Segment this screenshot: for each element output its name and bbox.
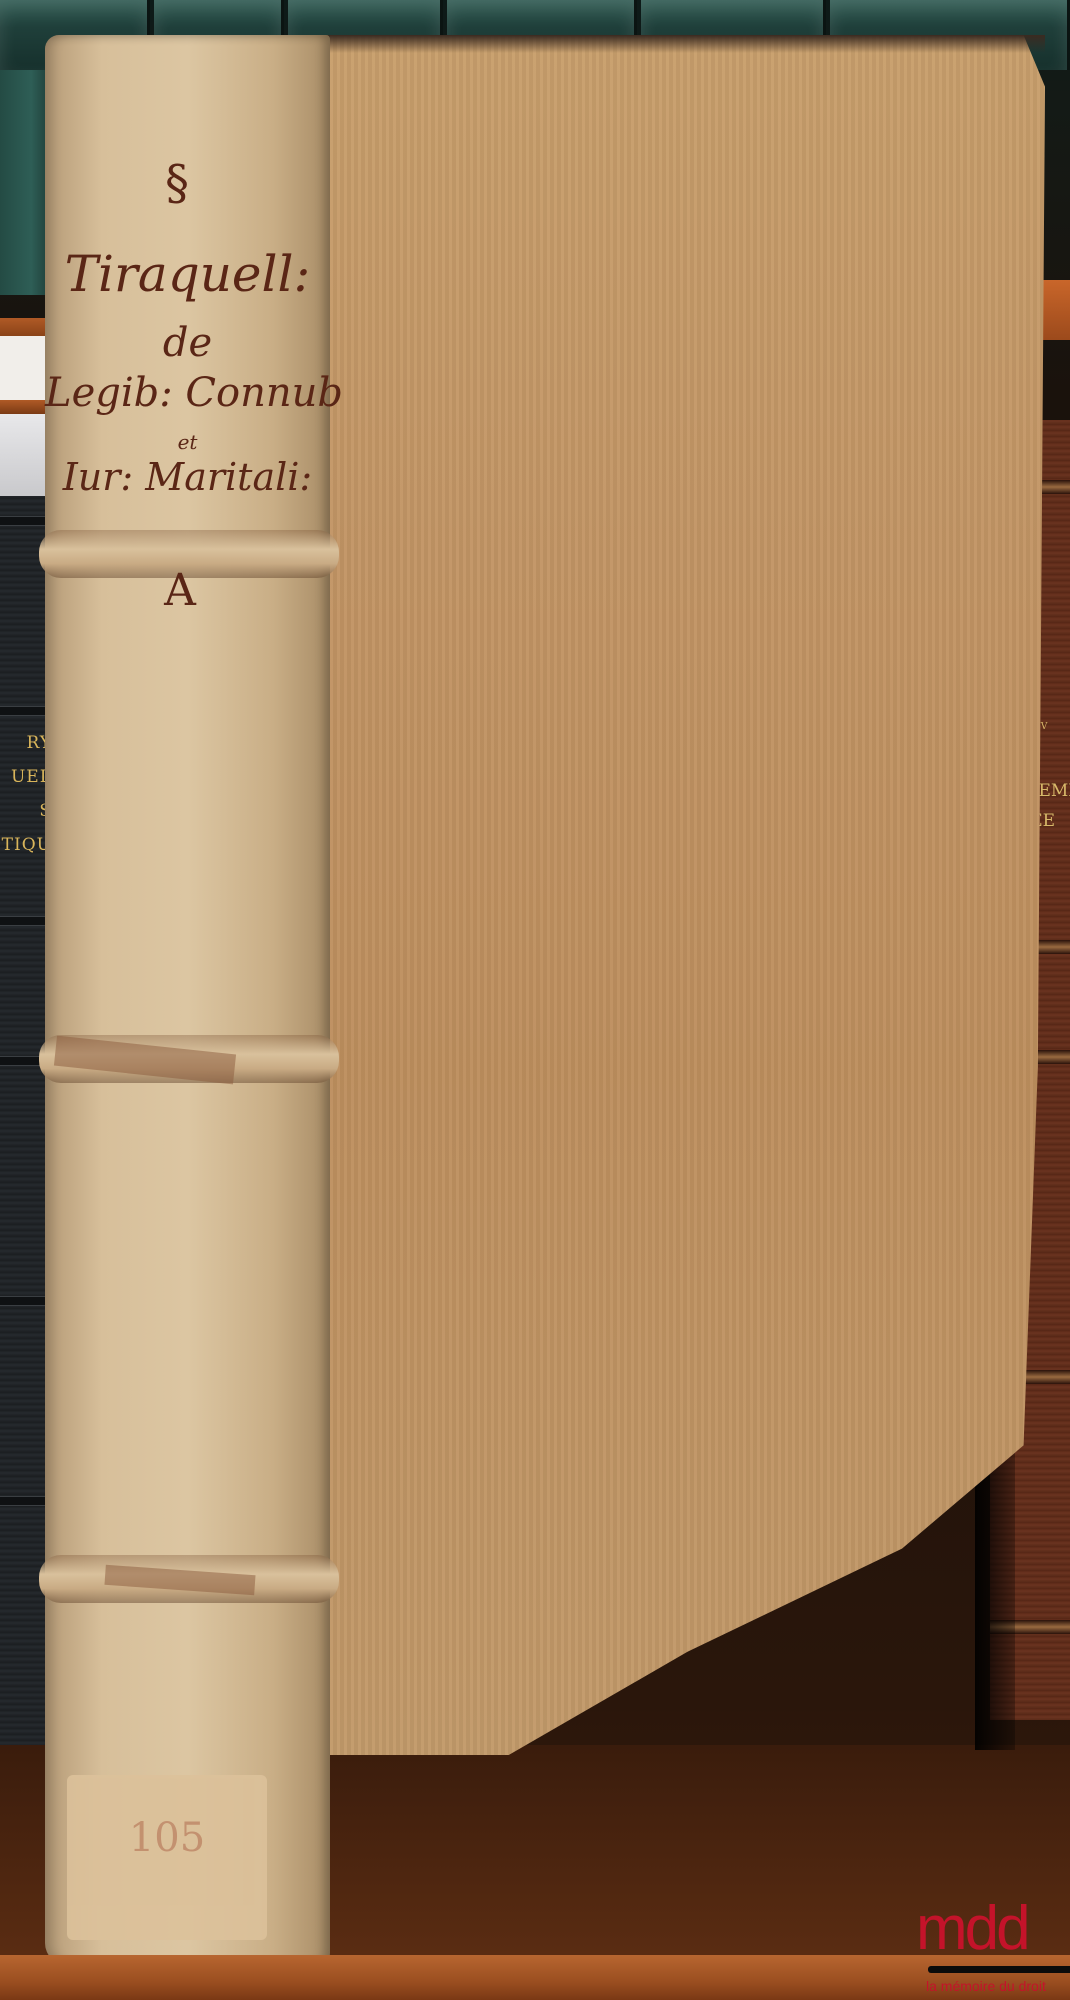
monogram: A — [135, 565, 225, 616]
spine-title-line: Legib: Connub — [45, 370, 330, 416]
logo-caption: la mémoire du droit — [926, 1978, 1046, 1994]
spine-author: Tiraquell: — [45, 245, 330, 303]
shelf-number: 105 — [67, 1815, 267, 1861]
vellum-book: § Tiraquell: de Legib: Connub et Iur: Ma… — [45, 35, 1045, 1995]
book-photo: RY UEL S TIQU URTEAUV LOI SUR RUTEME RMÉ… — [0, 0, 1070, 2000]
wooden-shelf — [0, 1955, 1070, 2000]
book-spine: § Tiraquell: de Legib: Connub et Iur: Ma… — [45, 35, 330, 1965]
spine-title-line: et — [45, 430, 330, 454]
logo-mark: mdd — [916, 1898, 1028, 1960]
book-front-cover — [330, 35, 1045, 1755]
watermark-logo: mdd la mémoire du droit — [912, 1898, 1070, 2000]
spine-title-line: de — [45, 320, 330, 366]
spine-title-line: Iur: Maritali: — [45, 455, 330, 499]
logo-underline — [928, 1966, 1070, 1973]
spine-section-mark: § — [165, 155, 189, 211]
spine-shelf-label: 105 — [67, 1775, 267, 1940]
